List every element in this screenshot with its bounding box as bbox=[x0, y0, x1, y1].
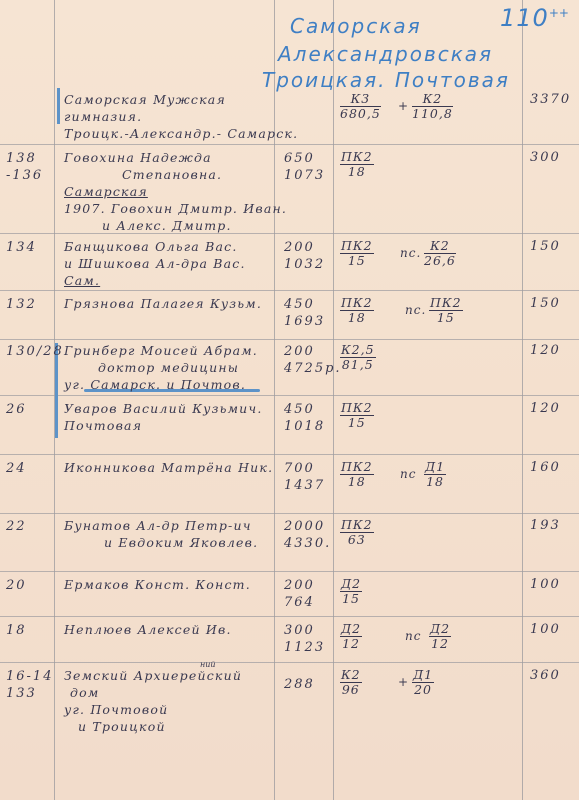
row-rule bbox=[0, 616, 579, 617]
fraction-numerator: ПК2 bbox=[340, 150, 374, 165]
owner-text: и Евдоким Яковлев. bbox=[104, 535, 258, 550]
owner-text: Почтовая bbox=[64, 418, 142, 433]
area-values: 700 1437 bbox=[284, 460, 325, 494]
owner-text: уг. Почтовой bbox=[64, 702, 168, 717]
fraction-numerator: Д2 bbox=[340, 622, 362, 637]
fraction-numerator: ПК2 bbox=[429, 296, 463, 311]
fraction-denominator: 18 bbox=[424, 475, 446, 489]
row-rule bbox=[0, 233, 579, 234]
area-values: 2000 4330. bbox=[284, 518, 331, 552]
owner-correction-note: ний bbox=[200, 660, 216, 669]
owner-text: Троицк.-Александр.- Самарск. bbox=[64, 126, 298, 141]
owner-text: и Троицкой bbox=[78, 719, 166, 734]
fraction-denominator: 26,6 bbox=[424, 254, 456, 268]
margin-bracket bbox=[57, 88, 60, 124]
fraction-numerator: Д1 bbox=[412, 668, 434, 683]
assessed-value: 193 bbox=[530, 518, 561, 533]
land-class-a: К296 bbox=[340, 668, 362, 697]
row-rule bbox=[0, 290, 579, 291]
land-class-a: ПК215 bbox=[340, 239, 374, 268]
fraction-numerator: ПК2 bbox=[340, 239, 374, 254]
owner-text: Говохина Надежда bbox=[64, 150, 212, 165]
land-class-prefix: пс. bbox=[405, 303, 426, 317]
fraction-numerator: ПК2 bbox=[340, 296, 374, 311]
owner-text: и Шишкова Ал-дра Вас. bbox=[64, 256, 246, 271]
land-class-prefix: + bbox=[398, 99, 409, 113]
owner-text: Ермаков Конст. Конст. bbox=[64, 577, 251, 592]
owner-text: Банщикова Ольга Вас. bbox=[64, 239, 238, 254]
owner-text: Грязнова Палагея Кузьм. bbox=[64, 296, 262, 311]
fraction-denominator: 18 bbox=[340, 311, 374, 325]
owner-text: Иконникова Матрёна Ник. bbox=[64, 460, 273, 475]
area-values: 450 1693 bbox=[284, 296, 325, 330]
fraction-denominator: 18 bbox=[340, 475, 374, 489]
area-values: 200 1032 bbox=[284, 239, 325, 273]
assessed-value: 150 bbox=[530, 239, 561, 254]
assessed-value: 160 bbox=[530, 460, 561, 475]
land-class-a: ПК218 bbox=[340, 150, 374, 179]
area-values: 200 764 bbox=[284, 577, 315, 611]
house-number: 18 bbox=[6, 622, 27, 639]
assessed-value: 3370 bbox=[530, 92, 571, 107]
fraction-denominator: 18 bbox=[340, 165, 374, 179]
land-class-prefix: + bbox=[398, 675, 409, 689]
fraction-numerator: К3 bbox=[340, 92, 381, 107]
fraction-denominator: 680,5 bbox=[340, 107, 381, 121]
owner-text: Саморская Мужская bbox=[64, 92, 226, 107]
street-heading-1: Саморская bbox=[290, 14, 422, 38]
fraction-denominator: 12 bbox=[429, 637, 451, 651]
owner-text: дом bbox=[70, 685, 99, 700]
land-class-a: ПК218 bbox=[340, 460, 374, 489]
assessed-value: 100 bbox=[530, 622, 561, 637]
column-rule-4 bbox=[522, 0, 523, 800]
land-class-b: Д118 bbox=[424, 460, 446, 489]
assessed-value: 100 bbox=[530, 577, 561, 592]
area-values: 650 1073 bbox=[284, 150, 325, 184]
row-rule bbox=[0, 454, 579, 455]
land-class-a: К3680,5 bbox=[340, 92, 381, 121]
fraction-numerator: Д1 bbox=[424, 460, 446, 475]
house-number: 24 bbox=[6, 460, 27, 477]
owner-text: 1907. Говохин Дмитр. Иван. bbox=[64, 201, 287, 216]
fraction-denominator: 81,5 bbox=[340, 358, 376, 372]
land-class-b: К226,6 bbox=[424, 239, 456, 268]
fraction-denominator: 96 bbox=[340, 683, 362, 697]
owner-text: гимназия. bbox=[64, 109, 142, 124]
area-values: 200 4725р. bbox=[284, 343, 342, 377]
owner-text: Неплюев Алексей Ив. bbox=[64, 622, 232, 637]
land-class-a: ПК218 bbox=[340, 296, 374, 325]
fraction-numerator: ПК2 bbox=[340, 401, 374, 416]
fraction-denominator: 63 bbox=[340, 533, 374, 547]
owner-text: доктор медицины bbox=[98, 360, 239, 375]
owner-text: Сам. bbox=[64, 273, 100, 288]
fraction-denominator: 20 bbox=[412, 683, 434, 697]
area-values: 450 1018 bbox=[284, 401, 325, 435]
land-class-a: Д215 bbox=[340, 577, 362, 606]
fraction-numerator: ПК2 bbox=[340, 518, 374, 533]
page-number-value: 110 bbox=[500, 4, 549, 32]
fraction-denominator: 12 bbox=[340, 637, 362, 651]
land-class-b: Д212 bbox=[429, 622, 451, 651]
owner-text: уг. Самарск. и Почтов. bbox=[64, 377, 246, 392]
owner-text: Степановна. bbox=[122, 167, 222, 182]
land-class-b: К2110,8 bbox=[412, 92, 453, 121]
fraction-denominator: 15 bbox=[340, 254, 374, 268]
row-rule bbox=[0, 339, 579, 340]
land-class-prefix: пс bbox=[400, 467, 416, 481]
assessed-value: 150 bbox=[530, 296, 561, 311]
row-rule bbox=[0, 513, 579, 514]
street-heading-3: Троицкая. Почтовая bbox=[262, 68, 510, 92]
fraction-numerator: ПК2 bbox=[340, 460, 374, 475]
fraction-numerator: К2 bbox=[412, 92, 453, 107]
house-number: 132 bbox=[6, 296, 37, 313]
land-class-a: ПК215 bbox=[340, 401, 374, 430]
owner-text: Земский Архиерейский bbox=[64, 668, 242, 683]
house-number: 22 bbox=[6, 518, 27, 535]
land-class-b: Д120 bbox=[412, 668, 434, 697]
page-marks: ++ bbox=[549, 6, 569, 20]
street-heading-2: Александровская bbox=[278, 42, 493, 66]
row-rule bbox=[0, 144, 579, 145]
fraction-numerator: К2,5 bbox=[340, 343, 376, 358]
owner-text: Бунатов Ал-др Петр-ич bbox=[64, 518, 252, 533]
house-number: 16-14 133 bbox=[6, 668, 53, 702]
fraction-denominator: 110,8 bbox=[412, 107, 453, 121]
house-number: 26 bbox=[6, 401, 27, 418]
column-rule-3 bbox=[333, 0, 334, 800]
owner-text: Самарская bbox=[64, 184, 148, 199]
column-rule-2 bbox=[274, 0, 275, 800]
fraction-numerator: Д2 bbox=[340, 577, 362, 592]
land-class-a: Д212 bbox=[340, 622, 362, 651]
house-number: 130/28 bbox=[6, 343, 64, 360]
house-number: 138 -136 bbox=[6, 150, 43, 184]
fraction-numerator: К2 bbox=[340, 668, 362, 683]
land-class-prefix: пс. bbox=[400, 246, 421, 260]
assessed-value: 120 bbox=[530, 401, 561, 416]
assessed-value: 120 bbox=[530, 343, 561, 358]
assessed-value: 300 bbox=[530, 150, 561, 165]
row-rule bbox=[0, 662, 579, 663]
house-number: 134 bbox=[6, 239, 37, 256]
owner-text: Гринберг Моисей Абрам. bbox=[64, 343, 258, 358]
owner-text: Уваров Василий Кузьмич. bbox=[64, 401, 263, 416]
land-class-b: ПК215 bbox=[429, 296, 463, 325]
area-values: 300 1123 bbox=[284, 622, 325, 656]
land-class-prefix: пс bbox=[405, 629, 421, 643]
fraction-denominator: 15 bbox=[340, 592, 362, 606]
row-rule bbox=[0, 395, 579, 396]
row-rule bbox=[0, 571, 579, 572]
fraction-denominator: 15 bbox=[340, 416, 374, 430]
fraction-numerator: К2 bbox=[424, 239, 456, 254]
assessed-value: 360 bbox=[530, 668, 561, 683]
house-number: 20 bbox=[6, 577, 27, 594]
land-class-a: ПК263 bbox=[340, 518, 374, 547]
page-number: 110++ bbox=[500, 4, 569, 32]
owner-text: и Алекс. Дмитр. bbox=[102, 218, 232, 233]
area-values: 288 bbox=[284, 676, 315, 693]
land-class-a: К2,581,5 bbox=[340, 343, 376, 372]
fraction-numerator: Д2 bbox=[429, 622, 451, 637]
fraction-denominator: 15 bbox=[429, 311, 463, 325]
